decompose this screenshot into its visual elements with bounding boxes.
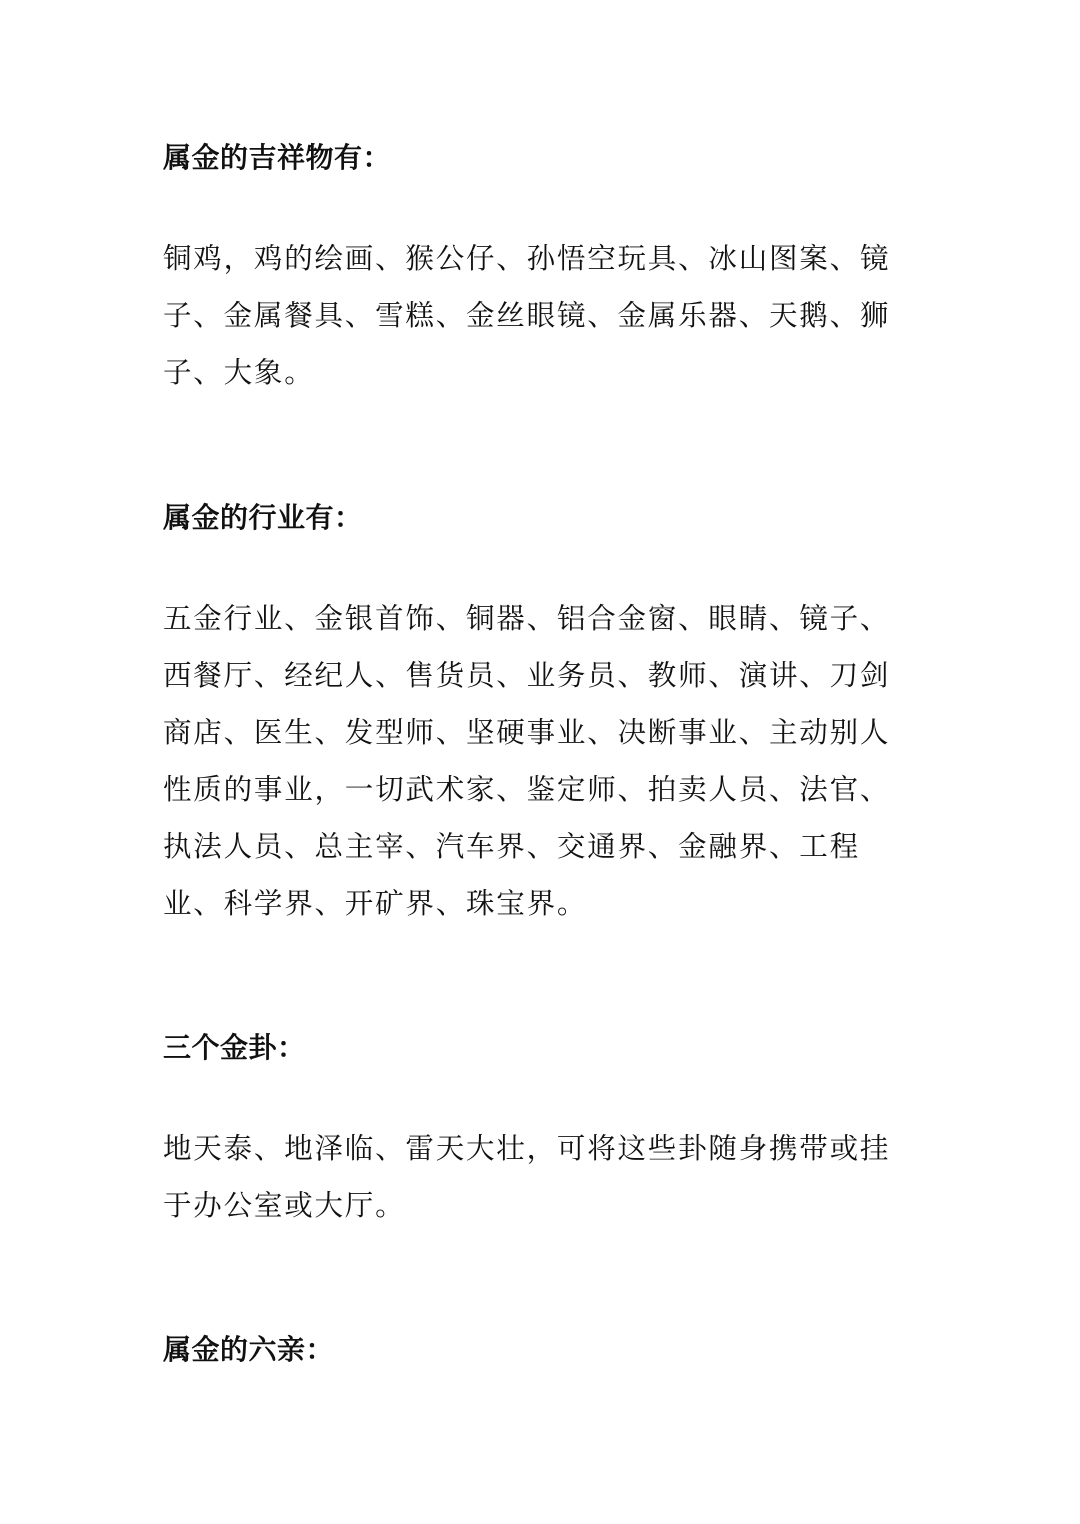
section-body: 铜鸡，鸡的绘画、猴公仔、孙悟空玩具、冰山图案、镜 子、金属餐具、雪糕、金丝眼镜、… — [163, 230, 898, 401]
text-line: 业、科学界、开矿界、珠宝界。 — [163, 875, 898, 932]
section-six-relations: 属金的六亲： — [163, 1330, 898, 1370]
section-body: 地天泰、地泽临、雷天大壮，可将这些卦随身携带或挂 于办公室或大厅。 — [163, 1120, 898, 1234]
text-line: 商店、医生、发型师、坚硬事业、决断事业、主动别人 — [163, 704, 898, 761]
text-line: 西餐厅、经纪人、售货员、业务员、教师、演讲、刀剑 — [163, 647, 898, 704]
text-line: 地天泰、地泽临、雷天大壮，可将这些卦随身携带或挂 — [163, 1120, 898, 1177]
section-lucky-items: 属金的吉祥物有： 铜鸡，鸡的绘画、猴公仔、孙悟空玩具、冰山图案、镜 子、金属餐具… — [163, 138, 898, 401]
text-line: 性质的事业，一切武术家、鉴定师、拍卖人员、法官、 — [163, 761, 898, 818]
text-line: 执法人员、总主宰、汽车界、交通界、金融界、工程 — [163, 818, 898, 875]
text-line: 五金行业、金银首饰、铜器、铝合金窗、眼睛、镜子、 — [163, 590, 898, 647]
text-line: 子、大象。 — [163, 344, 898, 401]
section-body: 五金行业、金银首饰、铜器、铝合金窗、眼睛、镜子、 西餐厅、经纪人、售货员、业务员… — [163, 590, 898, 932]
section-heading: 属金的行业有： — [163, 498, 898, 538]
text-line: 于办公室或大厅。 — [163, 1177, 898, 1234]
section-metal-hexagrams: 三个金卦： 地天泰、地泽临、雷天大壮，可将这些卦随身携带或挂 于办公室或大厅。 — [163, 1028, 898, 1234]
section-heading: 属金的吉祥物有： — [163, 138, 898, 178]
section-industries: 属金的行业有： 五金行业、金银首饰、铜器、铝合金窗、眼睛、镜子、 西餐厅、经纪人… — [163, 498, 898, 932]
section-heading: 属金的六亲： — [163, 1330, 898, 1370]
section-heading: 三个金卦： — [163, 1028, 898, 1068]
text-line: 子、金属餐具、雪糕、金丝眼镜、金属乐器、天鹅、狮 — [163, 287, 898, 344]
text-line: 铜鸡，鸡的绘画、猴公仔、孙悟空玩具、冰山图案、镜 — [163, 230, 898, 287]
